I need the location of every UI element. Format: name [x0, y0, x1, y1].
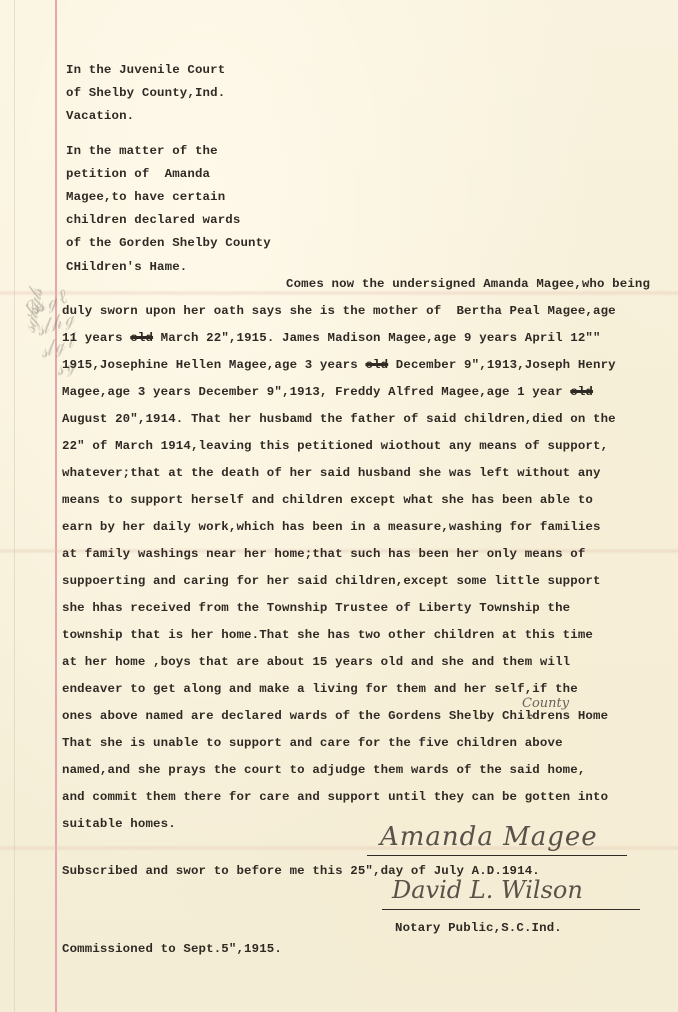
- handwritten-insertion: County: [522, 696, 569, 711]
- body-line: endeaver to get along and make a living …: [62, 682, 578, 696]
- body-line: at family washings near her home;that su…: [62, 547, 585, 561]
- body-line: 22" of March 1914,leaving this petitione…: [62, 439, 608, 453]
- paper-edge-line: [14, 0, 15, 1012]
- struck-text: old: [365, 358, 388, 372]
- body-line: That she is unable to support and care f…: [62, 736, 563, 750]
- body-line: Magee,age 3 years December 9",1913, Fred…: [62, 385, 593, 399]
- court-caption-line: of Shelby County,Ind.: [66, 86, 225, 100]
- matter-line: of the Gorden Shelby County: [66, 236, 271, 250]
- body-line: 1915,Josephine Hellen Magee,age 3 years …: [62, 358, 616, 372]
- petitioner-signature: Amanda Magee: [380, 822, 598, 852]
- notary-signature: David L. Wilson: [392, 876, 583, 904]
- commission-line: Commissioned to Sept.5",1915.: [62, 942, 282, 956]
- body-line: named,and she prays the court to adjudge…: [62, 763, 585, 777]
- body-text: 1915,Josephine Hellen Magee,age 3 years: [62, 358, 358, 372]
- matter-line: In the matter of the: [66, 144, 218, 158]
- body-text: 11 years: [62, 331, 123, 345]
- body-line: suitable homes.: [62, 817, 176, 831]
- body-line: duly sworn upon her oath says she is the…: [62, 304, 616, 318]
- body-line: means to support herself and children ex…: [62, 493, 593, 507]
- body-line: Comes now the undersigned Amanda Magee,w…: [286, 277, 650, 291]
- red-margin-line: [55, 0, 57, 1012]
- body-line: she hhas received from the Township Trus…: [62, 601, 570, 615]
- signature-line: [367, 855, 627, 856]
- body-line: August 20",1914. That her husbamd the fa…: [62, 412, 616, 426]
- signature-line: [382, 909, 640, 910]
- court-caption-line: Vacation.: [66, 109, 134, 123]
- body-text: December 9",1913,Joseph Henry: [388, 358, 616, 372]
- body-line: and commit them there for care and suppo…: [62, 790, 608, 804]
- struck-text: old: [570, 385, 593, 399]
- body-line: whatever;that at the death of her said h…: [62, 466, 601, 480]
- body-text: March 22",1915. James Madison Magee,age …: [153, 331, 601, 345]
- matter-line: Magee,to have certain: [66, 190, 225, 204]
- court-caption-line: In the Juvenile Court: [66, 63, 225, 77]
- body-line: at her home ,boys that are about 15 year…: [62, 655, 570, 669]
- body-line: 11 years old March 22",1915. James Madis…: [62, 331, 601, 345]
- matter-line: petition of Amanda: [66, 167, 210, 181]
- struck-text: old: [130, 331, 153, 345]
- body-line: suppoerting and caring for her said chil…: [62, 574, 601, 588]
- body-line: earn by her daily work,which has been in…: [62, 520, 601, 534]
- body-line: township that is her home.That she has t…: [62, 628, 593, 642]
- matter-line: children declared wards: [66, 213, 240, 227]
- matter-line: CHildren's Hame.: [66, 260, 187, 274]
- body-text: Magee,age 3 years December 9",1913, Fred…: [62, 385, 563, 399]
- insertion-caret: ^: [525, 713, 537, 729]
- notary-title: Notary Public,S.C.Ind.: [395, 921, 562, 935]
